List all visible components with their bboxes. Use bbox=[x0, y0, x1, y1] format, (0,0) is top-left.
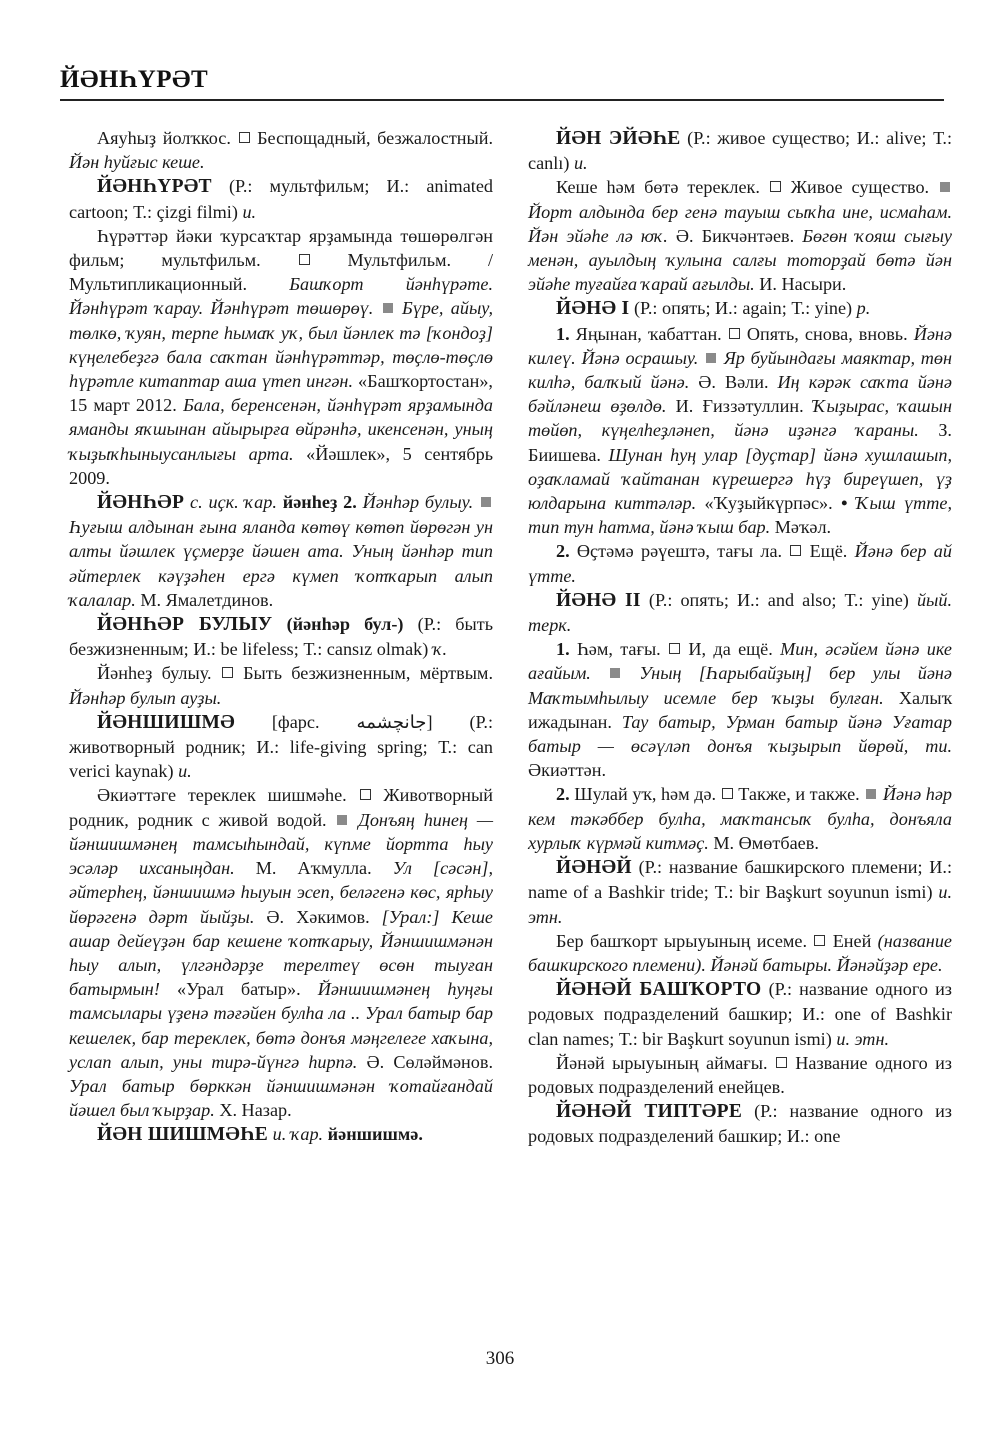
headword: ЙӘН ЭЙӘҺЕ bbox=[556, 128, 681, 149]
headword: ЙӘНӘ I bbox=[556, 298, 629, 319]
entry-text: 2. bbox=[556, 541, 570, 561]
right-column: ЙӘН ЭЙӘҺЕ (Р.: живое существо; И.: alive… bbox=[528, 126, 952, 1149]
entry-text: йәншишмә. bbox=[328, 1124, 423, 1144]
dictionary-entry: ЙӘН ШИШМӘҺЕ и. ҡар. йәншишмә. bbox=[69, 1122, 493, 1147]
italic-text: р. bbox=[857, 298, 871, 318]
entry-text: Бер башҡорт ырыуының исеме. bbox=[556, 931, 813, 951]
italic-text: Йән һуйғыс кеше. bbox=[69, 152, 205, 172]
dictionary-entry: 1. Яңынан, ҡабаттан. Опять, снова, вновь… bbox=[528, 322, 952, 540]
entry-text: (Р.: опять; И.: again; Т.: yine) bbox=[629, 298, 856, 318]
italic-text: ҡ. bbox=[433, 639, 447, 659]
translation-marker-icon bbox=[222, 667, 233, 678]
dictionary-entry: 1. Һәм, тағы. И, да ещё. Мин, әсәйем йән… bbox=[528, 637, 952, 782]
entry-text: Йәнәй ырыуының аймағы. bbox=[556, 1053, 775, 1073]
italic-text: Йәнһәр булыу. bbox=[357, 492, 479, 512]
entry-text: Өҫтәмә рәүештә, тағы ла. bbox=[570, 541, 790, 561]
headword: ЙӘНҺҮРӘТ bbox=[97, 176, 212, 197]
dictionary-entry: Йәнһеҙ булыу. Быть безжизненным, мёртвым… bbox=[69, 661, 493, 709]
entry-text: Шулай уҡ, һәм дә. bbox=[570, 784, 721, 804]
example-marker-icon bbox=[866, 789, 876, 799]
entry-text: И, да ещё. bbox=[681, 639, 780, 659]
translation-marker-icon bbox=[776, 1057, 787, 1068]
entry-text: Йәнһеҙ булыу. bbox=[97, 663, 221, 683]
example-marker-icon bbox=[337, 815, 347, 825]
dictionary-entry: Аяуһыҙ йолҡкос. Беспощадный, безжалостны… bbox=[69, 126, 493, 174]
entry-text: Опять, снова, вновь. bbox=[741, 324, 914, 344]
entry-text: Кеше һәм бөтә тереклек. bbox=[556, 177, 769, 197]
entry-text: Беспощадный, безжалостный. bbox=[251, 128, 494, 148]
dictionary-entry: ЙӘНӘЙ БАШҠОРТО (Р.: название одного из р… bbox=[528, 977, 952, 1051]
entry-text: «Урал батыр». bbox=[160, 979, 318, 999]
entry-text: Ә. Бикчәнтәев. bbox=[668, 226, 802, 246]
left-column: Аяуһыҙ йолҡкос. Беспощадный, безжалостны… bbox=[69, 126, 493, 1148]
headword: ЙӘНҺӘР bbox=[97, 492, 184, 513]
dictionary-entry: ЙӘНҺӘР с. иҫк. ҡар. йәнһеҙ 2. Йәнһәр бул… bbox=[69, 490, 493, 612]
dictionary-entry: 2. Өҫтәмә рәүештә, тағы ла. Ещё. Йәнә бе… bbox=[528, 539, 952, 587]
translation-marker-icon bbox=[239, 132, 250, 143]
italic-text: и. ҡар. bbox=[268, 1124, 328, 1144]
entry-text: Живое существо. bbox=[782, 177, 938, 197]
dictionary-entry: ЙӘНҺӘР БУЛЫУ (йәнһәр бул-) (Р.: быть без… bbox=[69, 612, 493, 661]
dictionary-entry: ЙӘНӘЙ (Р.: название башкирского племени;… bbox=[528, 855, 952, 929]
entry-text: 2. bbox=[556, 784, 570, 804]
entry-text: М. Аҡмулла. bbox=[235, 858, 393, 878]
dictionary-entry: ЙӘНӘ II (Р.: опять; И.: and also; Т.: yi… bbox=[528, 588, 952, 637]
example-marker-icon bbox=[706, 353, 716, 363]
translation-marker-icon bbox=[790, 545, 801, 556]
translation-marker-icon bbox=[770, 181, 781, 192]
entry-text: Также, и также. bbox=[734, 784, 865, 804]
entry-text: М. Өмөтбаев. bbox=[709, 833, 819, 853]
headword: ЙӘНӘЙ bbox=[556, 857, 632, 878]
entry-text: Яңынан, ҡабаттан. bbox=[570, 324, 728, 344]
italic-text: и. bbox=[242, 202, 256, 222]
headword: ЙӘНШИШМӘ bbox=[97, 712, 235, 733]
dictionary-entry: ЙӘНӘЙ ТИПТӘРЕ (Р.: название одного из ро… bbox=[528, 1099, 952, 1148]
headword: ЙӘНӘ II bbox=[556, 590, 641, 611]
italic-text: и. bbox=[574, 153, 588, 173]
italic-text: Йәнһәр булып ауҙы. bbox=[69, 688, 221, 708]
translation-marker-icon bbox=[814, 935, 825, 946]
headword: ЙӘНӘЙ ТИПТӘРЕ bbox=[556, 1101, 742, 1122]
entry-text: 1. bbox=[556, 324, 570, 344]
dictionary-entry: ЙӘНӘ I (Р.: опять; И.: again; Т.: yine) … bbox=[528, 296, 952, 321]
entry-text: (Р.: опять; И.: and also; Т.: yine) bbox=[641, 590, 917, 610]
dictionary-entry: Һүрәттәр йәки ҡурсаҡтар ярҙамында төшөрө… bbox=[69, 224, 493, 490]
entry-text: Ә. Сөләймәнов. bbox=[357, 1052, 493, 1072]
italic-text: и. этн. bbox=[836, 1029, 889, 1049]
entry-text: Быть безжизненным, мёртвым. bbox=[234, 663, 493, 683]
italic-text: и. bbox=[178, 761, 192, 781]
translation-marker-icon bbox=[729, 328, 740, 339]
entry-text: Ә. Вәли. bbox=[689, 372, 777, 392]
translation-marker-icon bbox=[299, 254, 310, 265]
entry-text: И. Насыри. bbox=[755, 274, 847, 294]
dictionary-entry: Бер башҡорт ырыуының исеме. Еней (назван… bbox=[528, 929, 952, 977]
entry-text: йәнһеҙ 2. bbox=[283, 492, 357, 512]
dictionary-entry: Кеше һәм бөтә тереклек. Живое существо. … bbox=[528, 175, 952, 296]
example-marker-icon bbox=[383, 303, 393, 313]
entry-text: Әкиәттән. bbox=[528, 760, 606, 780]
header-rule bbox=[60, 99, 944, 101]
dictionary-entry: 2. Шулай уҡ, һәм дә. Также, и также. Йән… bbox=[528, 782, 952, 855]
translation-marker-icon bbox=[360, 789, 371, 800]
entry-text: 1. bbox=[556, 639, 570, 659]
entry-text: Ещё. bbox=[802, 541, 854, 561]
entry-text: М. Ямалетдинов. bbox=[136, 590, 273, 610]
headword: ЙӘНҺӘР БУЛЫУ bbox=[97, 614, 272, 635]
translation-marker-icon bbox=[669, 643, 680, 654]
example-marker-icon bbox=[481, 497, 491, 507]
dictionary-entry: Йәнәй ырыуының аймағы. Название одного и… bbox=[528, 1051, 952, 1099]
entry-text: Ә. Хәкимов. bbox=[254, 907, 381, 927]
running-head: ЙӘНҺҮРӘТ bbox=[60, 66, 208, 94]
entry-text: Аяуһыҙ йолҡкос. bbox=[97, 128, 238, 148]
entry-text: (йәнһәр бул-) bbox=[272, 614, 403, 634]
dictionary-entry: Әкиәттәге тереклек шишмәһе. Животворный … bbox=[69, 783, 493, 1122]
italic-text: Һуғыш алдынан ғына яланда көтөү көтөп йө… bbox=[69, 517, 493, 610]
example-marker-icon bbox=[610, 668, 620, 678]
entry-text: Мәҡәл. bbox=[770, 517, 831, 537]
italic-text: с. иҫк. ҡар. bbox=[184, 492, 283, 512]
entry-text: «Ҡуҙыйкүрпәс». bbox=[696, 493, 841, 513]
headword: ЙӘНӘЙ БАШҠОРТО bbox=[556, 979, 761, 1000]
entry-text: Х. Назар. bbox=[215, 1100, 292, 1120]
headword: ЙӘН ШИШМӘҺЕ bbox=[97, 1124, 268, 1145]
dictionary-entry: ЙӘНШИШМӘ [фарс. جانچشمه] (Р.: животворны… bbox=[69, 710, 493, 784]
entry-text: Әкиәттәге тереклек шишмәһе. bbox=[97, 785, 359, 805]
entry-text: Һәм, тағы. bbox=[570, 639, 668, 659]
entry-text: Еней bbox=[826, 931, 877, 951]
page-number: 306 bbox=[0, 1348, 1000, 1370]
entry-text: И. Ғиззәтуллин. bbox=[666, 396, 812, 416]
dictionary-entry: ЙӘНҺҮРӘТ (Р.: мультфильм; И.: animated c… bbox=[69, 174, 493, 223]
translation-marker-icon bbox=[722, 788, 733, 799]
dictionary-entry: ЙӘН ЭЙӘҺЕ (Р.: живое существо; И.: alive… bbox=[528, 126, 952, 175]
example-marker-icon bbox=[940, 182, 950, 192]
